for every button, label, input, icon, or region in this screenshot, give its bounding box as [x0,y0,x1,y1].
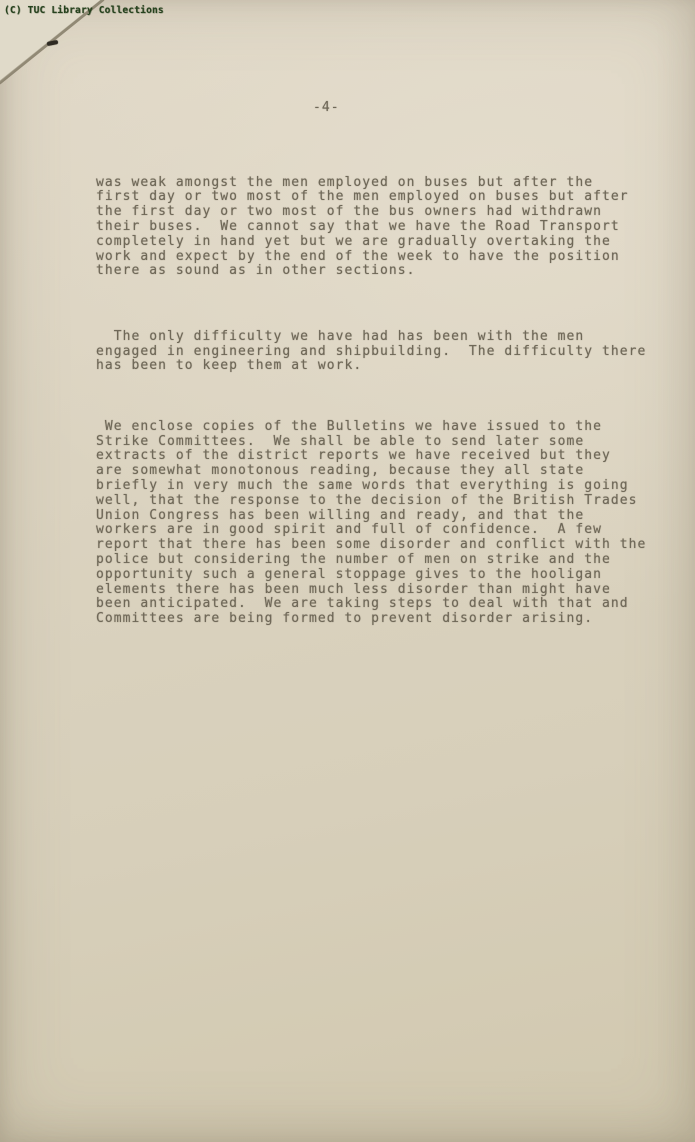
copyright-watermark: (C) TUC Library Collections [4,5,164,16]
paragraph-engineering-shipbuilding: The only difficulty we have had has been… [96,330,676,374]
scanned-document-page: (C) TUC Library Collections -4- was weak… [0,0,695,1142]
page-number: -4- [313,100,340,115]
typewritten-text-block: was weak amongst the men employed on bus… [96,146,676,657]
paragraph-bulletins-district-reports: We enclose copies of the Bulletins we ha… [96,420,676,627]
paragraph-road-transport: was weak amongst the men employed on bus… [96,176,676,280]
